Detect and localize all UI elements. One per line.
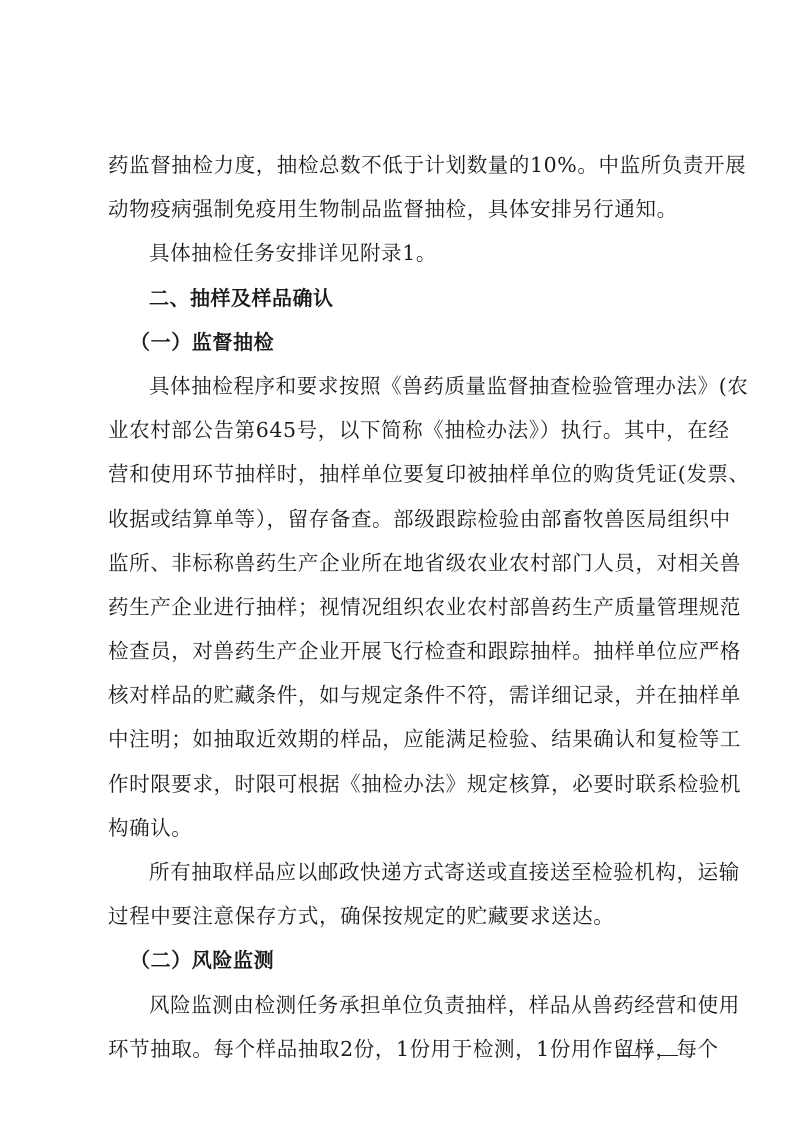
body-text-line: 具体抽检任务安排详见附录1。 <box>108 231 688 275</box>
body-text-line: 具体抽检程序和要求按照《兽药质量监督抽查检验管理办法》(农 <box>108 364 688 408</box>
body-text-line: 业农村部公告第645号，以下简称《抽检办法》）执行。其中，在经 <box>108 408 688 452</box>
body-text-line: 核对样品的贮藏条件，如与规定条件不符，需详细记录，并在抽样单 <box>108 673 688 717</box>
body-text-line: 中注明；如抽取近效期的样品，应能满足检验、结果确认和复检等工 <box>108 717 688 761</box>
body-text-line: 营和使用环节抽样时，抽样单位要复印被抽样单位的购货凭证(发票、 <box>108 452 688 496</box>
body-text-line: 药生产企业进行抽样；视情况组织农业农村部兽药生产质量管理规范 <box>108 585 688 629</box>
page-number: — 7 — <box>618 1043 678 1066</box>
body-text-line: 过程中要注意保存方式，确保按规定的贮藏要求送达。 <box>108 894 688 938</box>
body-text-line: 检查员，对兽药生产企业开展飞行检查和跟踪抽样。抽样单位应严格 <box>108 629 688 673</box>
body-text-line: 收据或结算单等），留存备查。部级跟踪检验由部畜牧兽医局组织中 <box>108 497 688 541</box>
body-text-line: 监所、非标称兽药生产企业所在地省级农业农村部门人员，对相关兽 <box>108 541 688 585</box>
subsection-heading: （一）监督抽检 <box>108 320 688 364</box>
body-text-line: 动物疫病强制免疫用生物制品监督抽检，具体安排另行通知。 <box>108 187 688 231</box>
body-text-line: 构确认。 <box>108 806 688 850</box>
body-text-line: 环节抽取。每个样品抽取2份，1份用于检测，1份用作留样，每个 <box>108 1027 688 1071</box>
body-text-line: 药监督抽检力度，抽检总数不低于计划数量的10%。中监所负责开展 <box>108 143 688 187</box>
body-text-line: 风险监测由检测任务承担单位负责抽样，样品从兽药经营和使用 <box>108 983 688 1027</box>
subsection-heading: （二）风险监测 <box>108 938 688 982</box>
body-text-line: 所有抽取样品应以邮政快递方式寄送或直接送至检验机构，运输 <box>108 850 688 894</box>
document-page: 药监督抽检力度，抽检总数不低于计划数量的10%。中监所负责开展 动物疫病强制免疫… <box>108 143 688 1071</box>
body-text-line: 作时限要求，时限可根据《抽检办法》规定核算，必要时联系检验机 <box>108 762 688 806</box>
section-heading: 二、抽样及样品确认 <box>108 276 688 320</box>
